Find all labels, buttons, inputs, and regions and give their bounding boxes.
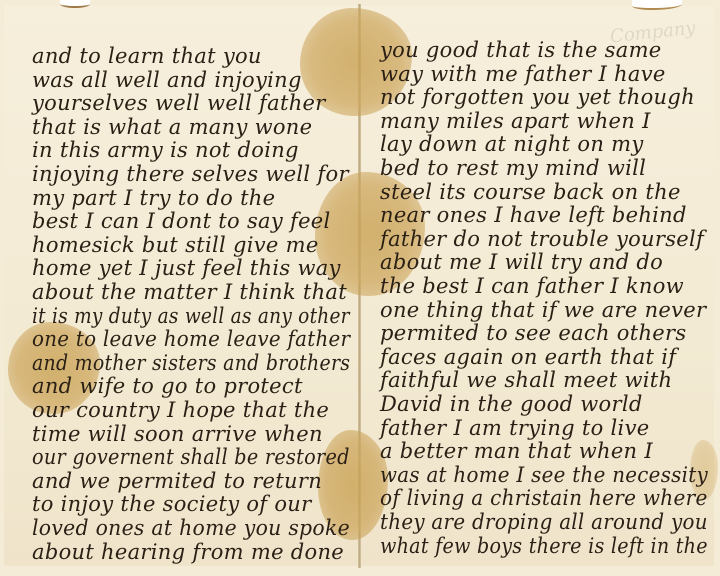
handwritten-line: was at home I see the necessity: [380, 463, 708, 487]
handwritten-line: and we permited to return: [32, 469, 322, 493]
handwritten-line: David in the good world: [380, 392, 643, 416]
handwritten-line: about me I will try and do: [380, 250, 663, 274]
handwritten-line: faces again on earth that if: [380, 345, 676, 369]
handwritten-line: one to leave home leave father: [32, 327, 350, 351]
handwritten-line: to injoy the society of our: [32, 492, 311, 516]
handwritten-line: near ones I have left behind: [380, 203, 687, 227]
handwritten-line: way with me father I have: [380, 62, 666, 86]
handwritten-line: injoying there selves well for: [32, 162, 349, 186]
handwritten-line: faithful we shall meet with: [380, 368, 672, 392]
handwritten-line: that is what a many wone: [32, 115, 312, 139]
handwritten-line: lay down at night on my: [380, 132, 644, 156]
handwritten-line: time will soon arrive when: [32, 422, 323, 446]
handwritten-line: in this army is not doing: [32, 138, 299, 162]
handwritten-line: our country I hope that the: [32, 398, 329, 422]
handwritten-line: and mother sisters and brothers: [32, 351, 350, 375]
handwritten-line: they are droping all around you: [380, 510, 708, 534]
handwritten-line: home yet I just feel this way: [32, 256, 341, 280]
handwritten-line: of living a christain here where: [380, 486, 708, 510]
handwritten-line: and wife to go to protect: [32, 374, 303, 398]
handwritten-line: it is my duty as well as any other: [32, 304, 350, 328]
handwritten-line: not forgotten you yet though: [380, 85, 695, 109]
handwritten-line: one thing that if we are never: [380, 298, 706, 322]
handwritten-line: yourselves well well father: [32, 91, 326, 115]
handwritten-line: bed to rest my mind will: [380, 156, 646, 180]
handwritten-line: father do not trouble yourself: [380, 227, 704, 251]
handwritten-line: many miles apart when I: [380, 109, 651, 133]
handwritten-line: our governent shall be restored: [32, 445, 350, 469]
left-page-text: and to learn that youwas all well and in…: [32, 0, 362, 576]
handwritten-line: and to learn that you: [32, 44, 262, 68]
handwritten-line: a better man that when I: [380, 439, 653, 463]
handwritten-line: father I am trying to live: [380, 416, 649, 440]
handwritten-line: about hearing from me done: [32, 540, 344, 564]
right-page-text: you good that is the sameway with me fat…: [380, 0, 720, 576]
handwritten-line: best I can I dont to say feel: [32, 209, 331, 233]
handwritten-line: was all well and injoying: [32, 68, 302, 92]
handwritten-line: loved ones at home you spoke: [32, 516, 350, 540]
handwritten-line: the best I can father I know: [380, 274, 684, 298]
handwritten-line: permited to see each others: [380, 321, 686, 345]
handwritten-line: homesick but still give me: [32, 233, 319, 257]
handwritten-line: you good that is the same: [380, 38, 662, 62]
handwritten-line: steel its course back on the: [380, 180, 681, 204]
handwritten-line: about the matter I think that: [32, 280, 347, 304]
handwritten-line: my part I try to do the: [32, 186, 275, 210]
handwritten-line: what few boys there is left in the: [380, 534, 708, 558]
letter-sheet: Company and to learn that youwas all wel…: [0, 0, 720, 576]
